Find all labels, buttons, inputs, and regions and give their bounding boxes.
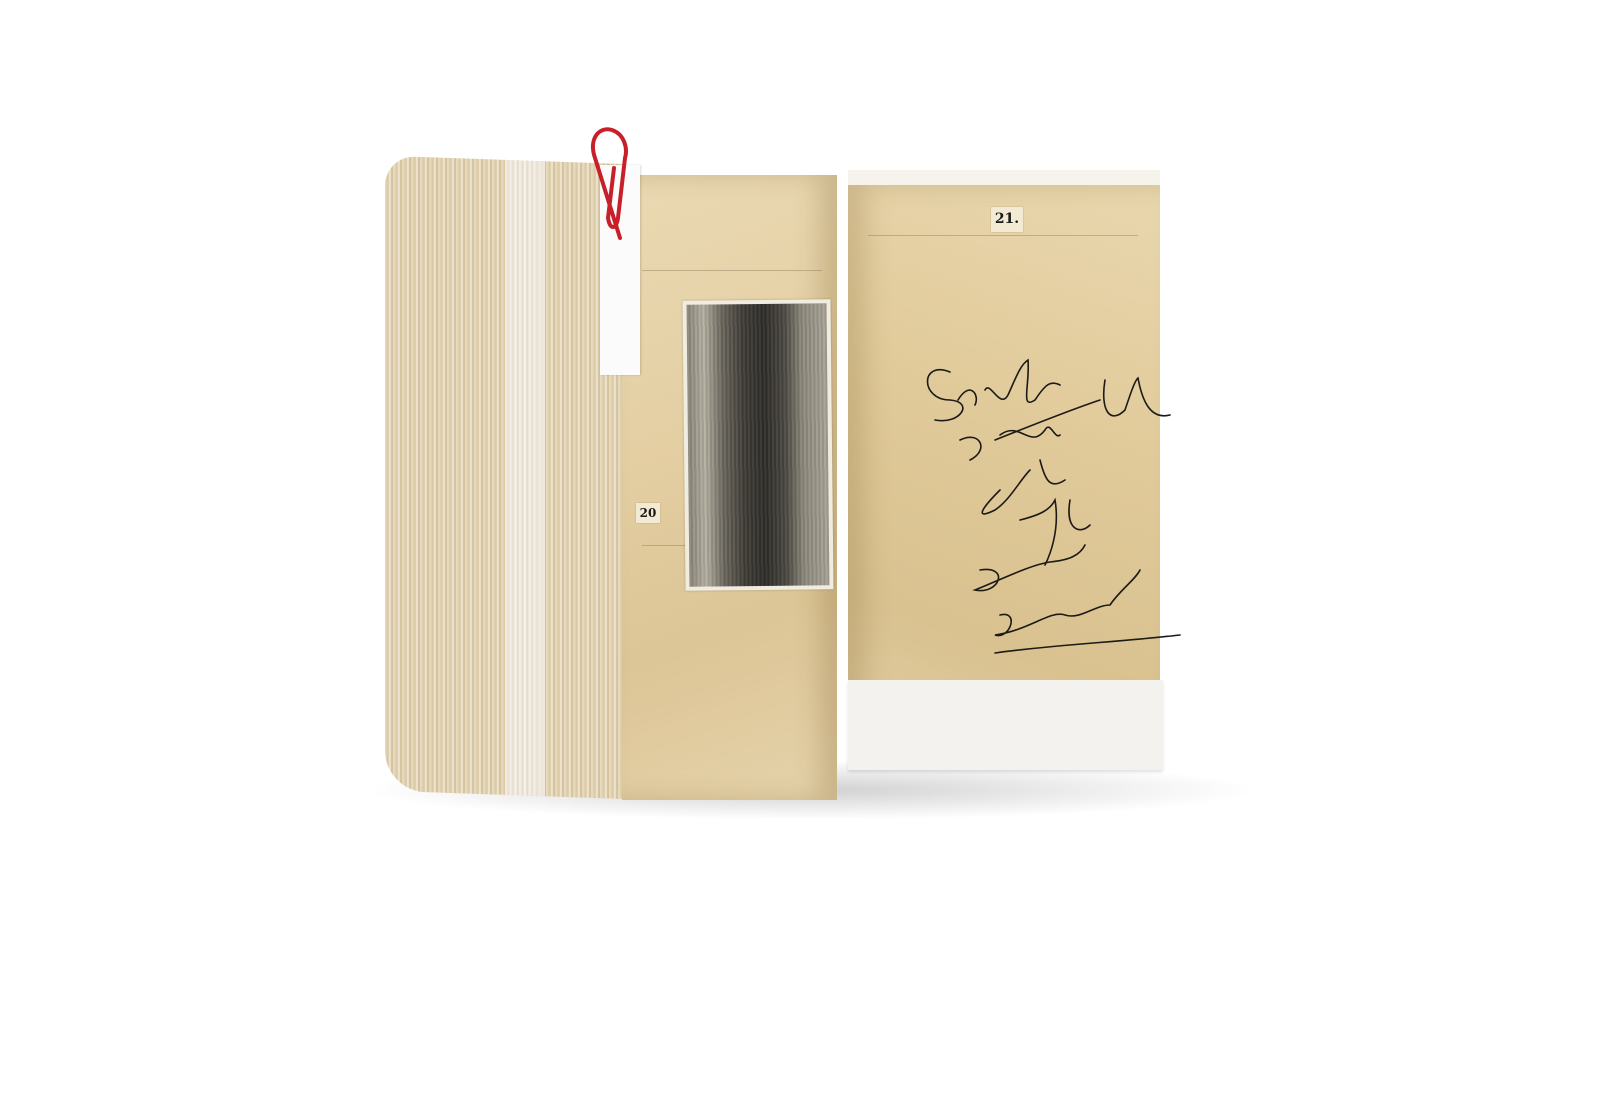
pasted-tree-photo [682,299,833,591]
red-paperclip [580,118,640,258]
book-photograph: 20 21. [0,0,1620,1099]
right-page-white-band [848,680,1163,770]
handwritten-text [880,340,1210,670]
page-number-right: 21. [991,207,1023,232]
page-number-left: 20 [636,503,660,523]
